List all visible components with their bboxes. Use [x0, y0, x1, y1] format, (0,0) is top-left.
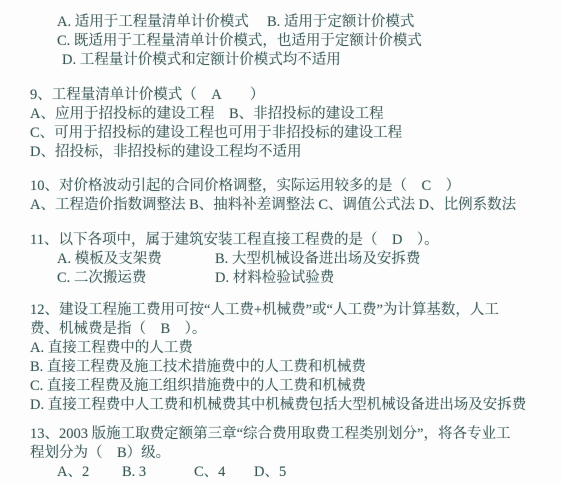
q13-option-b: B. 3 — [122, 463, 194, 482]
q12-option-a: A. 直接工程费中的人工费 — [30, 339, 554, 358]
q13-option-a: A、2 — [57, 463, 122, 482]
q11-option-row-ab: A. 模板及支架费 B. 大型机械设备进出场及安拆费 — [30, 250, 554, 269]
q11-option-row-cd: C. 二次搬运费 D. 材料检验试验费 — [30, 269, 554, 288]
q11-option-b: B. 大型机械设备进出场及安拆费 — [215, 250, 420, 269]
q11-option-c: C. 二次搬运费 — [57, 269, 215, 288]
q12-option-d: D. 直接工程费中人工费和机械费其中机械费包括大型机械设备进出场及安拆费 — [30, 396, 554, 415]
q11-option-d: D. 材料检验试验费 — [215, 269, 334, 288]
question-8-options: A. 适用于工程量清单计价模式 B. 适用于定额计价模式 C. 既适用于工程量清… — [30, 13, 554, 70]
q10-options: A、工程造价指数调整法 B、抽料补差调整法 C、调值公式法 D、比例系数法 — [30, 196, 554, 215]
q11-stem: 11、以下各项中，属于建筑安装工程直接工程费的是（ D ）。 — [30, 231, 554, 250]
q9-option-c: C、可用于招投标的建设工程也可用于非招投标的建设工程 — [30, 124, 554, 143]
q11-option-a: A. 模板及支架费 — [57, 250, 215, 269]
q12-stem-line2: 费、机械费是指（ B ）。 — [30, 320, 554, 339]
question-9: 9、工程量清单计价模式（ A ） A、应用于招投标的建设工程 B、非招投标的建设… — [30, 86, 554, 162]
question-11: 11、以下各项中，属于建筑安装工程直接工程费的是（ D ）。 A. 模板及支架费… — [30, 231, 554, 288]
q9-stem: 9、工程量清单计价模式（ A ） — [30, 86, 554, 105]
q8-option-c: C. 既适用于工程量清单计价模式，也适用于定额计价模式 — [30, 32, 554, 51]
q8-option-d: D. 工程量计价模式和定额计价模式均不适用 — [30, 51, 554, 70]
q9-option-d: D、招投标，非招投标的建设工程均不适用 — [30, 143, 554, 162]
question-10: 10、对价格波动引起的合同价格调整，实际运用较多的是（ C ） A、工程造价指数… — [30, 177, 554, 215]
q8-option-a: A. 适用于工程量清单计价模式 — [57, 13, 267, 32]
q12-option-c: C. 直接工程费及施工组织措施费中的人工费和机械费 — [30, 377, 554, 396]
q13-stem-line1: 13、2003 版施工取费定额第三章“综合费用取费工程类别划分”，将各专业工 — [30, 425, 554, 444]
q13-option-row: A、2 B. 3 C、4 D、5 — [30, 463, 554, 482]
document-page: A. 适用于工程量清单计价模式 B. 适用于定额计价模式 C. 既适用于工程量清… — [0, 0, 562, 484]
q8-option-row-ab: A. 适用于工程量清单计价模式 B. 适用于定额计价模式 — [30, 13, 554, 32]
question-13: 13、2003 版施工取费定额第三章“综合费用取费工程类别划分”，将各专业工 程… — [30, 425, 554, 482]
q13-stem-line2: 程划分为（ B）级。 — [30, 444, 554, 463]
q10-stem: 10、对价格波动引起的合同价格调整，实际运用较多的是（ C ） — [30, 177, 554, 196]
q13-option-c: C、4 — [194, 463, 254, 482]
q8-option-b: B. 适用于定额计价模式 — [267, 13, 414, 32]
q12-stem-line1: 12、建设工程施工费用可按“人工费+机械费”或“人工费”为计算基数，人工 — [30, 301, 554, 320]
q13-option-d: D、5 — [254, 463, 286, 482]
q12-option-b: B. 直接工程费及施工技术措施费中的人工费和机械费 — [30, 358, 554, 377]
q9-option-ab: A、应用于招投标的建设工程 B、非招投标的建设工程 — [30, 105, 554, 124]
question-12: 12、建设工程施工费用可按“人工费+机械费”或“人工费”为计算基数，人工 费、机… — [30, 301, 554, 415]
